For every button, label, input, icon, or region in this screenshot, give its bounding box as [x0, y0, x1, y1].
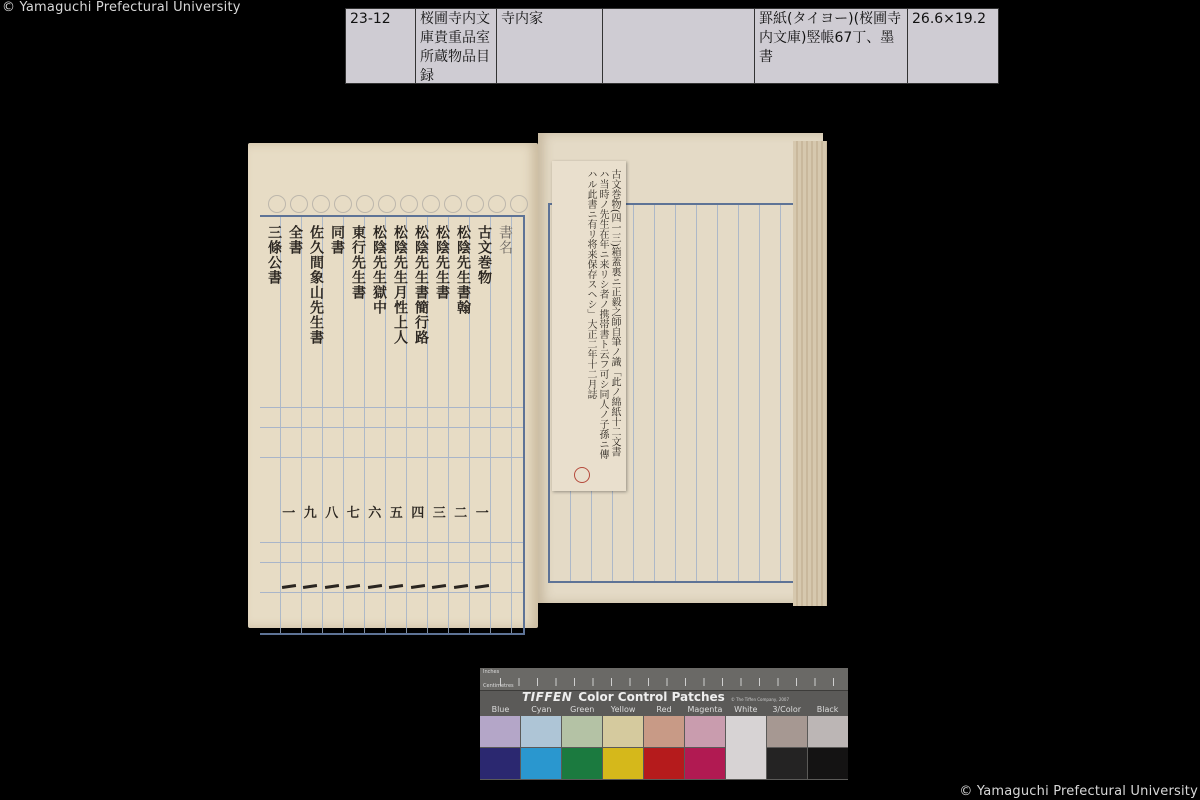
ruler: Inches Centimetres — [480, 668, 848, 691]
color-patch-green — [562, 716, 602, 779]
record-description: 罫紙(タイヨー)(桜圃寺内文庫)竪帳67丁、墨書 — [755, 9, 908, 83]
entry-numbers: 一二三四五六七八九一 — [272, 502, 493, 521]
left-page: 書名古文巻物松陰先生書翰松陰先生書松陰先生書簡行路松陰先生月性上人松陰先生獄中東… — [248, 143, 538, 628]
entry-number: 四 — [407, 502, 429, 521]
chart-title: Color Control Patches — [578, 690, 725, 704]
entry-number: 一 — [472, 502, 494, 521]
color-patch-blue — [480, 716, 520, 779]
entry-number: 一 — [278, 502, 300, 521]
patch-row — [480, 716, 848, 779]
copyright-bottom-right: © Yamaguchi Prefectural University — [959, 784, 1198, 799]
color-patch-3color — [767, 716, 807, 779]
entry-number: 二 — [450, 502, 472, 521]
left-ruled-frame: 書名古文巻物松陰先生書翰松陰先生書松陰先生書簡行路松陰先生月性上人松陰先生獄中東… — [260, 215, 525, 635]
faint-stamps — [268, 195, 528, 213]
entry-number: 九 — [300, 502, 322, 521]
count-mark — [278, 585, 300, 588]
ruler-inches-label: Inches — [483, 669, 499, 675]
record-blank — [603, 9, 755, 83]
count-mark — [450, 585, 472, 588]
count-mark — [343, 585, 365, 588]
patch-label: Magenta — [684, 705, 725, 714]
record-id: 23-12 — [346, 9, 416, 83]
inserted-paper-slip: 古文巻物(四一三)箱蓋裏ニ正毅之師自筆ノ識「此ノ綿紙十二文書ハ当時ノ先生在年ニ来… — [552, 161, 626, 491]
copyright-top-left: © Yamaguchi Prefectural University — [2, 0, 241, 15]
record-title: 桜圃寺内文庫貴重品室所蔵物品目録 — [416, 9, 497, 83]
entry-number: 八 — [321, 502, 343, 521]
color-patch-yellow — [603, 716, 643, 779]
count-mark — [407, 585, 429, 588]
record-holder: 寺内家 — [497, 9, 603, 83]
count-mark — [429, 585, 451, 588]
entry-number: 七 — [343, 502, 365, 521]
patch-label: Yellow — [603, 705, 644, 714]
tiffen-logo: TIFFEN — [522, 690, 572, 704]
patch-labels: BlueCyanGreenYellowRedMagentaWhite3/Colo… — [480, 705, 848, 714]
red-seal-icon — [574, 467, 590, 483]
open-book: 書名古文巻物松陰先生書翰松陰先生書松陰先生書簡行路松陰先生月性上人松陰先生獄中東… — [248, 133, 830, 628]
entry-counts — [272, 585, 493, 588]
color-patch-magenta — [685, 716, 725, 779]
patch-label: 3/Color — [766, 705, 807, 714]
color-patch-black — [808, 716, 848, 779]
patch-label: White — [725, 705, 766, 714]
count-mark — [300, 585, 322, 588]
page-edges — [793, 141, 827, 606]
entry-number: 三 — [429, 502, 451, 521]
entry-column: 書名 — [494, 225, 515, 555]
patch-label: Black — [807, 705, 848, 714]
patch-label: Red — [644, 705, 685, 714]
entry-number: 五 — [386, 502, 408, 521]
patch-label: Green — [562, 705, 603, 714]
entry-number: 六 — [364, 502, 386, 521]
catalog-record-table: 23-12 桜圃寺内文庫貴重品室所蔵物品目録 寺内家 罫紙(タイヨー)(桜圃寺内… — [345, 8, 999, 84]
color-patch-red — [644, 716, 684, 779]
color-control-patches: Inches Centimetres TIFFEN Color Control … — [480, 668, 848, 780]
count-mark — [321, 585, 343, 588]
record-size: 26.6×19.2 — [908, 9, 998, 83]
patch-label: Blue — [480, 705, 521, 714]
slip-text: 古文巻物(四一三)箱蓋裏ニ正毅之師自筆ノ識「此ノ綿紙十二文書ハ当時ノ先生在年ニ来… — [584, 169, 620, 461]
count-mark — [472, 585, 494, 588]
color-patch-cyan — [521, 716, 561, 779]
count-mark — [364, 585, 386, 588]
chart-brand: TIFFEN Color Control Patches © The Tiffe… — [522, 690, 789, 704]
chart-copyright: © The Tiffen Company, 2007 — [731, 697, 789, 702]
patch-label: Cyan — [521, 705, 562, 714]
count-mark — [386, 585, 408, 588]
color-patch-white — [726, 716, 766, 779]
